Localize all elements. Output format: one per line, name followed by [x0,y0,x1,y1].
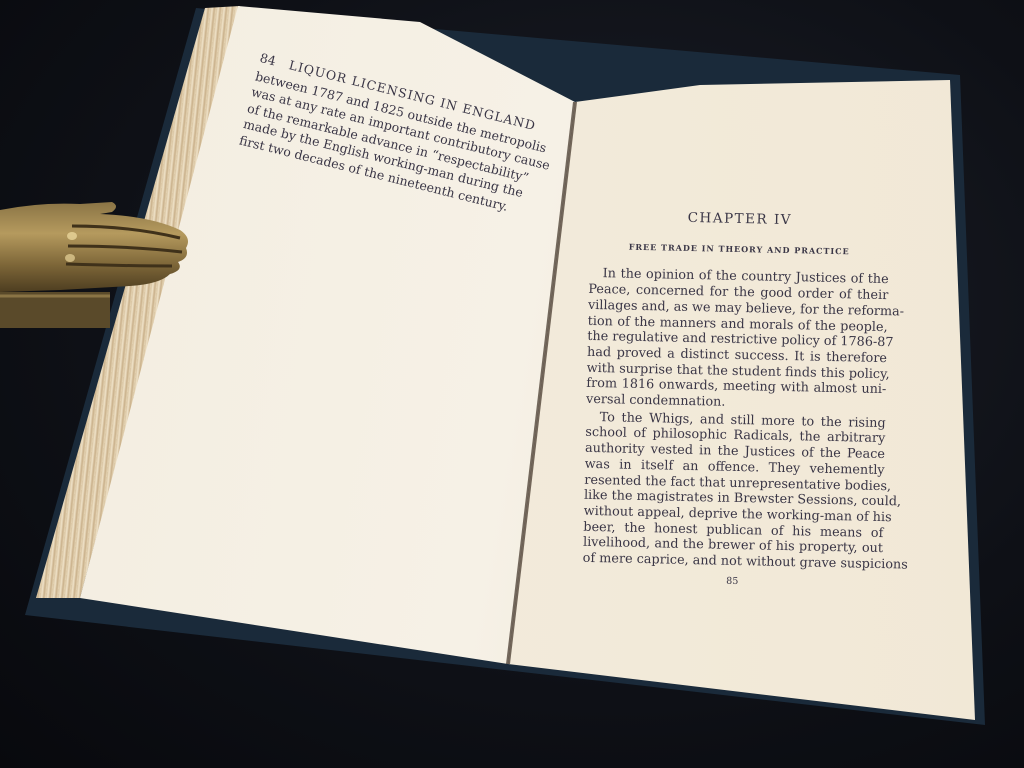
chapter-subtitle: FREE TRADE IN THEORY AND PRACTICE [589,239,889,261]
brass-hand-icon [0,196,192,328]
left-page-number: 84 [258,50,277,70]
paragraph-2: To the Whigs, and still more to the risi… [583,410,886,573]
paragraph-1: In the opinion of the country Justices o… [586,266,889,414]
right-page-text: CHAPTER IV FREE TRADE IN THEORY AND PRAC… [582,209,890,593]
book-photo: 84 LIQUOR LICENSING IN ENGLAND between 1… [0,0,1024,768]
